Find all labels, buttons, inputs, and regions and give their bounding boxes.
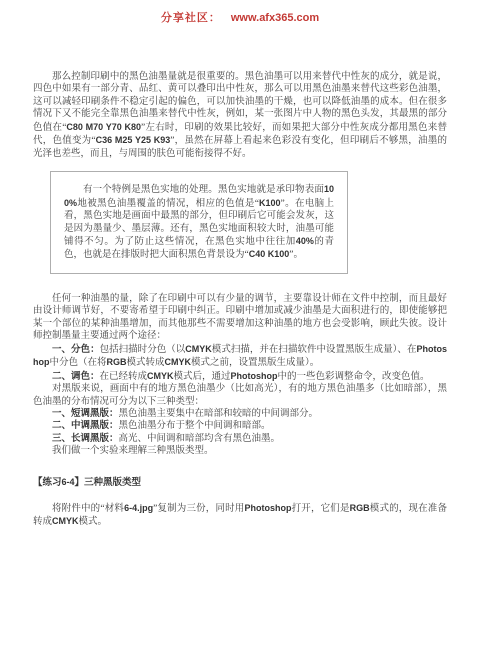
cjk-text-run: 地被黑色油墨覆盖的情况，相应的色值是“ xyxy=(77,199,259,209)
paragraph: 二、调色：在已经转成CMYK模式后，通过Photoshop中的一些色彩调整命令，… xyxy=(33,370,447,383)
cjk-text-run: 我们做一个实验来理解三种黑版类型。 xyxy=(52,446,214,456)
cjk-text-run: 】三种黑版类型 xyxy=(75,478,142,488)
cjk-text-run: 中的一些色彩调整命令，改变色值。 xyxy=(278,372,430,382)
cjk-text-run: 模式。 xyxy=(79,517,108,527)
latin-text-run: RGB xyxy=(107,357,127,367)
site-community-label: 分享社区： xyxy=(161,12,221,24)
cjk-text-run: 【练习 xyxy=(33,478,62,488)
cjk-text-run: 高光、中间调和暗部均含有黑色油墨。 xyxy=(119,434,281,444)
latin-text-run: Photoshop xyxy=(244,503,291,513)
cjk-text-run: 包括扫描时分色（以 xyxy=(100,345,186,355)
latin-text-run: CMYK xyxy=(147,371,174,381)
cjk-text-run: 一、分色： xyxy=(52,345,100,355)
paragraph: 一、短调黑版：黑色油墨主要集中在暗部和较暗的中间调部分。 xyxy=(33,408,447,420)
paragraph: 一、分色：包括扫描时分色（以CMYK模式扫描，并在扫描软件中设置黑版生成量）、在… xyxy=(33,343,447,370)
latin-text-run: C36 M25 Y25 K93 xyxy=(96,135,171,145)
paragraph: 三、长调黑版：高光、中间调和暗部均含有黑色油墨。 xyxy=(33,433,447,445)
latin-text-run: RGB xyxy=(350,503,370,513)
latin-text-run: CMYK xyxy=(52,516,79,526)
paragraph: 我们做一个实验来理解三种黑版类型。 xyxy=(33,445,447,457)
cjk-text-run: 对黑版来说，画面中有的地方黑色油墨少（比如高光），有的地方黑色油墨多（比如暗部）… xyxy=(33,384,447,406)
latin-text-run: 6-4 xyxy=(62,477,75,487)
cjk-text-run: 一、短调黑版： xyxy=(52,409,119,419)
cjk-text-run: 黑色油墨分布于整个中间调和暗部。 xyxy=(119,421,271,431)
document-page: 分享社区：www.afx365.com 那么控制印刷中的黑色油墨量就是很重要的。… xyxy=(0,0,480,651)
document-body: 那么控制印刷中的黑色油墨量就是很重要的。黑色油墨可以用来替代中性灰的成分，就是说… xyxy=(33,71,447,529)
cjk-text-run: 在已经转成 xyxy=(100,372,148,382)
cjk-text-run: 三、长调黑版： xyxy=(52,434,119,444)
latin-text-run: C40 K100 xyxy=(249,249,290,259)
cjk-text-run: 打开，它们是 xyxy=(291,504,349,514)
site-url-text: www.afx365.com xyxy=(231,12,319,24)
highlight-note-box: 有一个特例是黑色实地的处理。黑色实地就是承印物表面100%地被黑色油墨覆盖的情况… xyxy=(50,171,348,274)
exercise-heading: 【练习6-4】三种黑版类型 xyxy=(33,476,447,490)
cjk-text-run: 有一个特例是黑色实地的处理。黑色实地就是承印物表面 xyxy=(83,185,324,195)
paragraph: 任何一种油墨的量，除了在印刷中可以有少量的调节，主要靠设计师在文件中控制，而且最… xyxy=(33,293,447,343)
cjk-text-run: 模式后，通过 xyxy=(174,372,231,382)
cjk-text-run: 将附件中的“材料 xyxy=(52,504,124,514)
latin-text-run: 40% xyxy=(296,236,314,246)
latin-text-run: 6-4.jpg xyxy=(124,503,153,513)
latin-text-run: Photoshop xyxy=(231,371,278,381)
cjk-text-run: 二、中调黑版： xyxy=(52,421,119,431)
cjk-text-run: ”复制为三份，同时用 xyxy=(153,504,244,514)
paragraph: 将附件中的“材料6-4.jpg”复制为三份，同时用Photoshop打开，它们是… xyxy=(33,502,447,529)
latin-text-run: CMYK xyxy=(165,357,192,367)
latin-text-run: CMYK xyxy=(185,344,212,354)
cjk-text-run: 任何一种油墨的量，除了在印刷中可以有少量的调节，主要靠设计师在文件中控制，而且最… xyxy=(33,294,447,341)
cjk-text-run: 模式转成 xyxy=(127,358,165,368)
paragraph: 二、中调黑版：黑色油墨分布于整个中间调和暗部。 xyxy=(33,420,447,432)
latin-text-run: C80 M70 Y70 K80 xyxy=(66,122,141,132)
paragraph: 对黑版来说，画面中有的地方黑色油墨少（比如高光），有的地方黑色油墨多（比如暗部）… xyxy=(33,383,447,408)
cjk-text-run: 二、调色： xyxy=(52,372,100,382)
cjk-text-run: 模式之前，设置黑版生成量）。 xyxy=(191,358,319,368)
site-watermark-header: 分享社区：www.afx365.com xyxy=(0,0,480,25)
latin-text-run: K100 xyxy=(259,198,281,208)
cjk-text-run: ”。 xyxy=(289,250,303,260)
paragraph: 那么控制印刷中的黑色油墨量就是很重要的。黑色油墨可以用来替代中性灰的成分，就是说… xyxy=(33,71,447,160)
cjk-text-run: 模式扫描，并在扫描软件中设置黑版生成量）、在 xyxy=(212,345,417,355)
cjk-text-run: 黑色油墨主要集中在暗部和较暗的中间调部分。 xyxy=(119,409,319,419)
cjk-text-run: 中分色（在将 xyxy=(50,358,107,368)
box-paragraph: 有一个特例是黑色实地的处理。黑色实地就是承印物表面100%地被黑色油墨覆盖的情况… xyxy=(64,183,334,262)
